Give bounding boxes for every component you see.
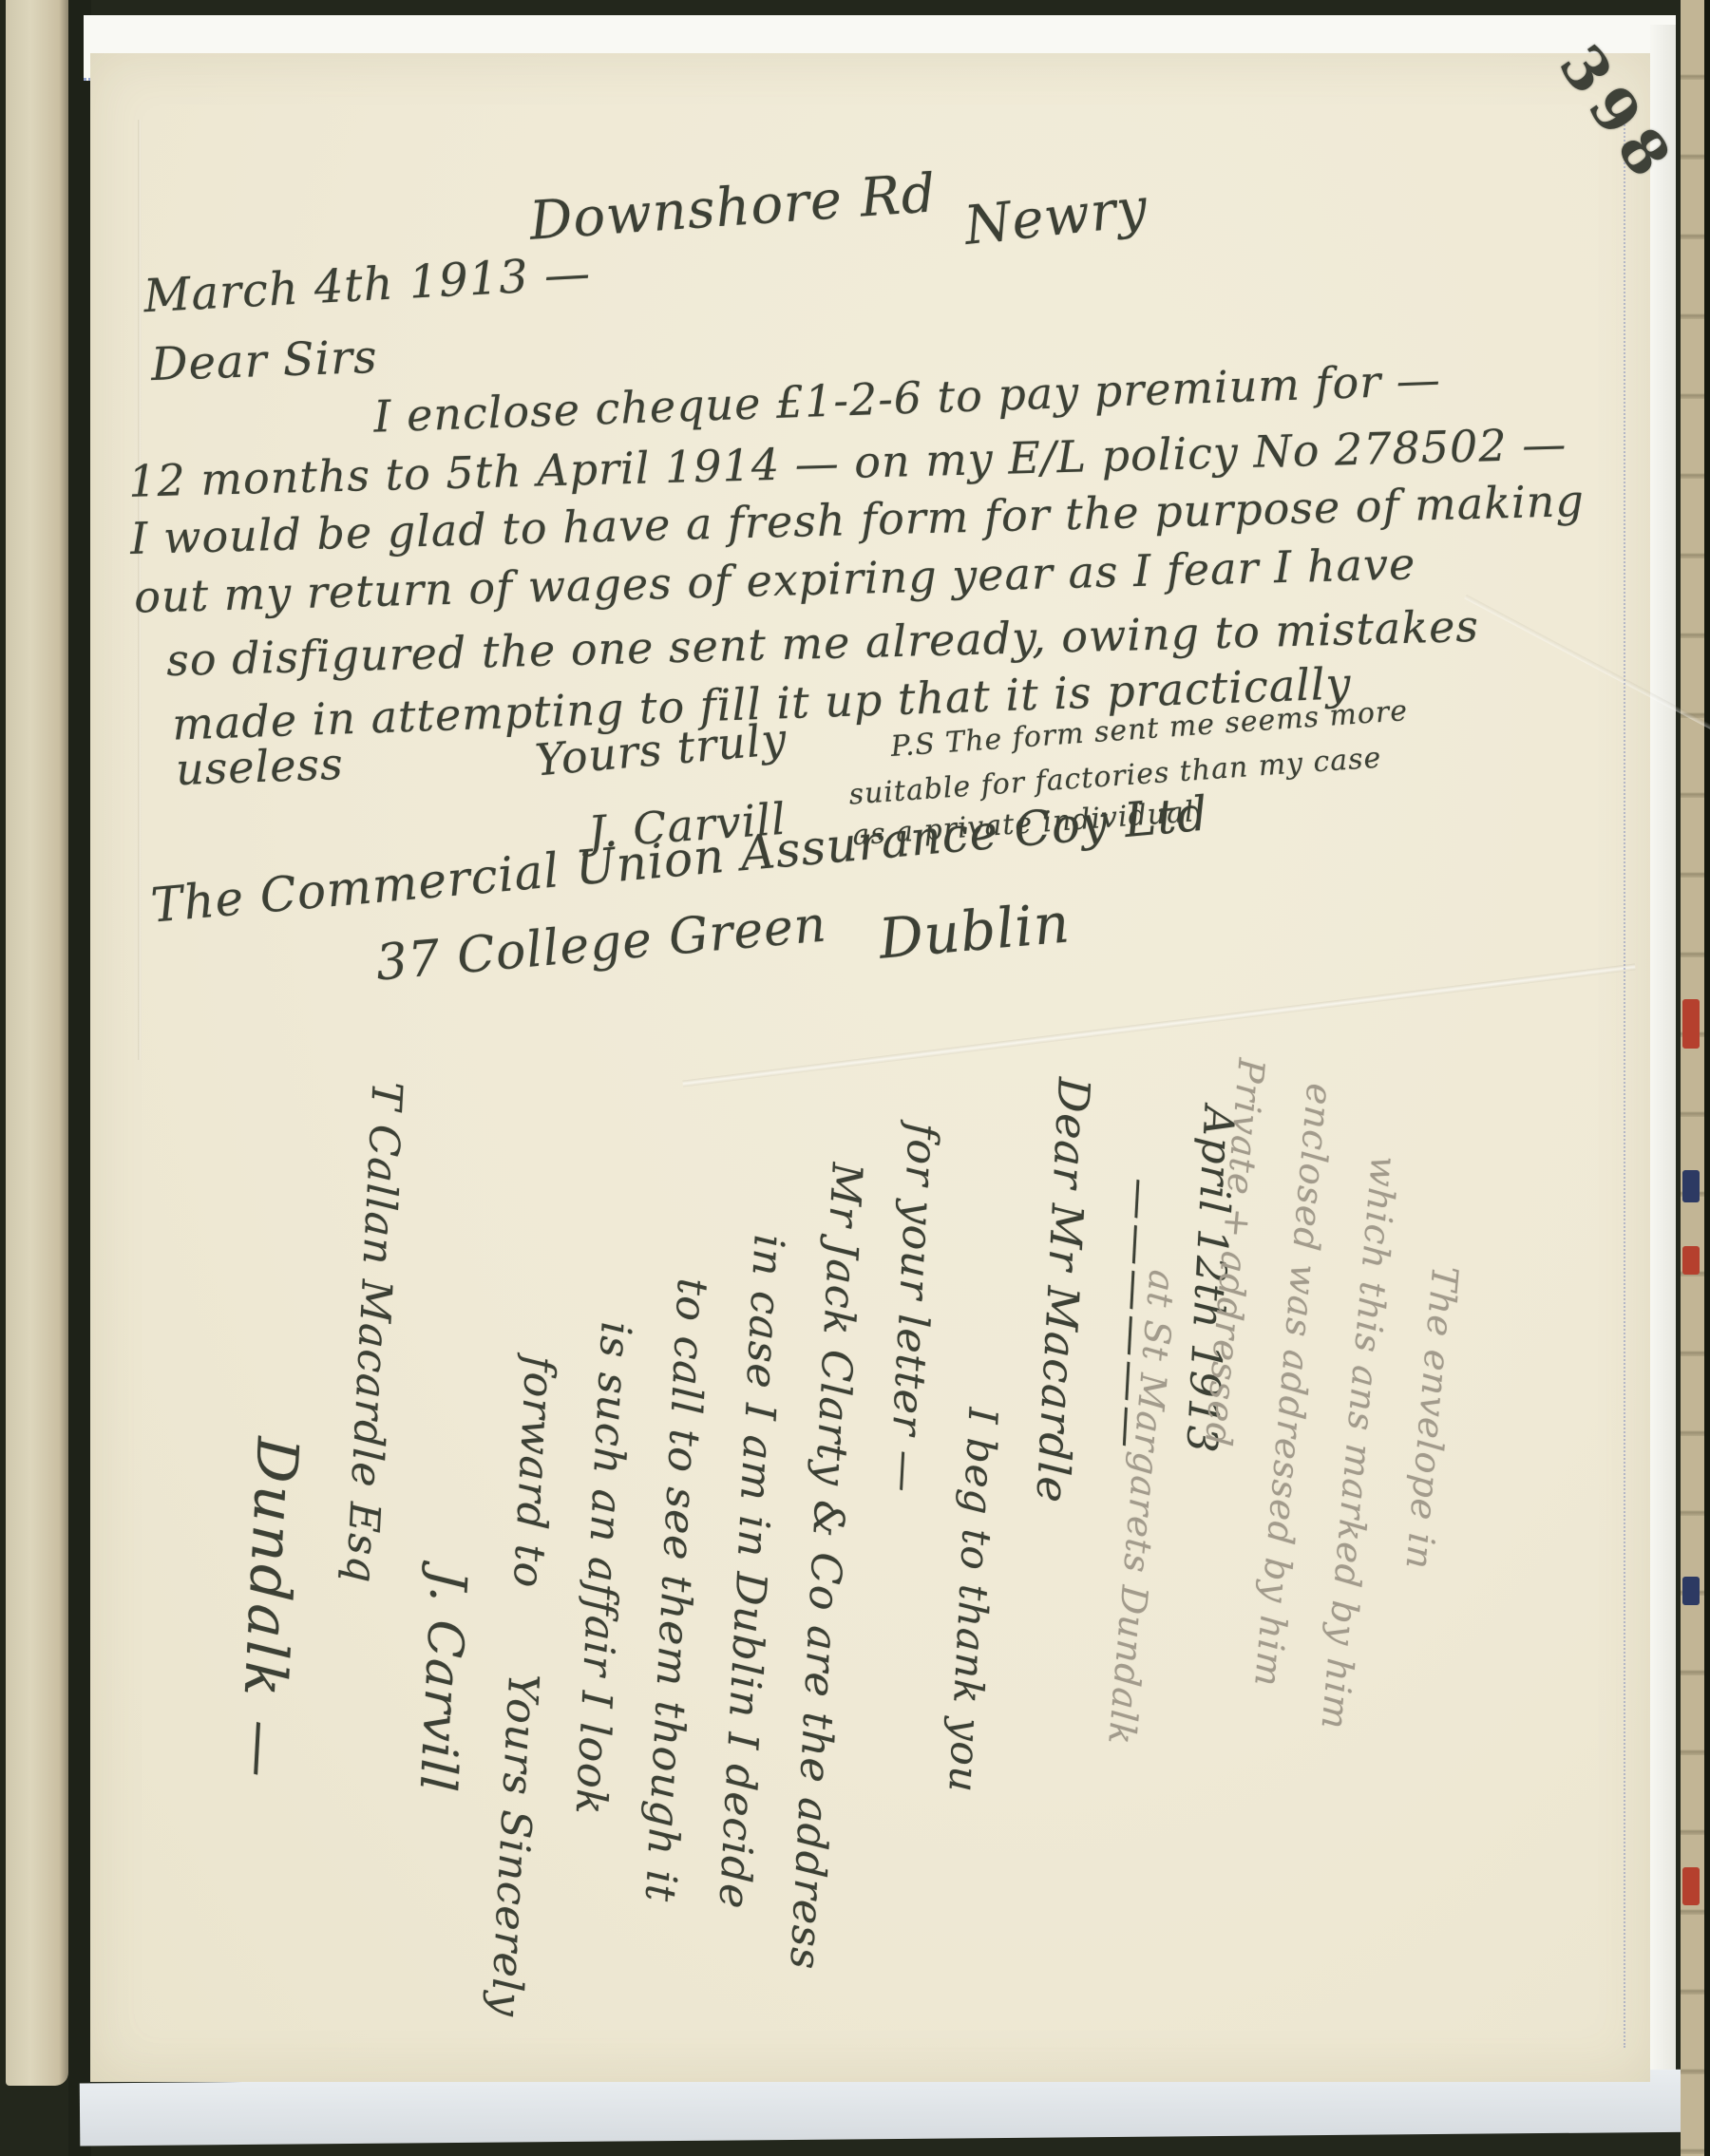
letter1-recipient-street: 37 College Green <box>373 896 828 992</box>
book-cover-edge <box>1704 0 1710 2156</box>
letter1-recipient-city: Dublin <box>876 890 1073 971</box>
facing-page-edge <box>6 0 68 2086</box>
underlying-sheet-right-edge <box>1650 25 1676 2129</box>
pencil-archival-note: The envelope in which this ans marked by… <box>1053 1000 1487 1883</box>
letter1-address-street: Downshore Rd <box>527 162 938 253</box>
letter2-closing: Yours Sincerely <box>481 1673 547 2018</box>
page-edge-navy-mark <box>1682 1170 1700 1202</box>
page-edge-red-mark <box>1682 999 1700 1049</box>
letter1-date: March 4th 1913 — <box>142 247 592 324</box>
page-edge-red-mark <box>1682 1246 1700 1275</box>
page-edge-navy-mark <box>1682 1577 1700 1605</box>
letter1-address-town: Newry <box>961 177 1150 257</box>
blue-margin-dotted-line <box>1624 110 1625 2048</box>
letter1-body-line: useless <box>175 738 344 795</box>
book-gutter-shadow <box>68 0 91 2156</box>
ledger-page-edges <box>1681 0 1705 2156</box>
manuscript-page: 398 Downshore Rd Newry March 4th 1913 — … <box>90 53 1650 2082</box>
letter1-salutation: Dear Sirs <box>150 331 378 391</box>
book-scan-photo: { "colors": { "background": "#23271c", "… <box>0 0 1710 2156</box>
page-edge-red-mark <box>1682 1867 1700 1905</box>
